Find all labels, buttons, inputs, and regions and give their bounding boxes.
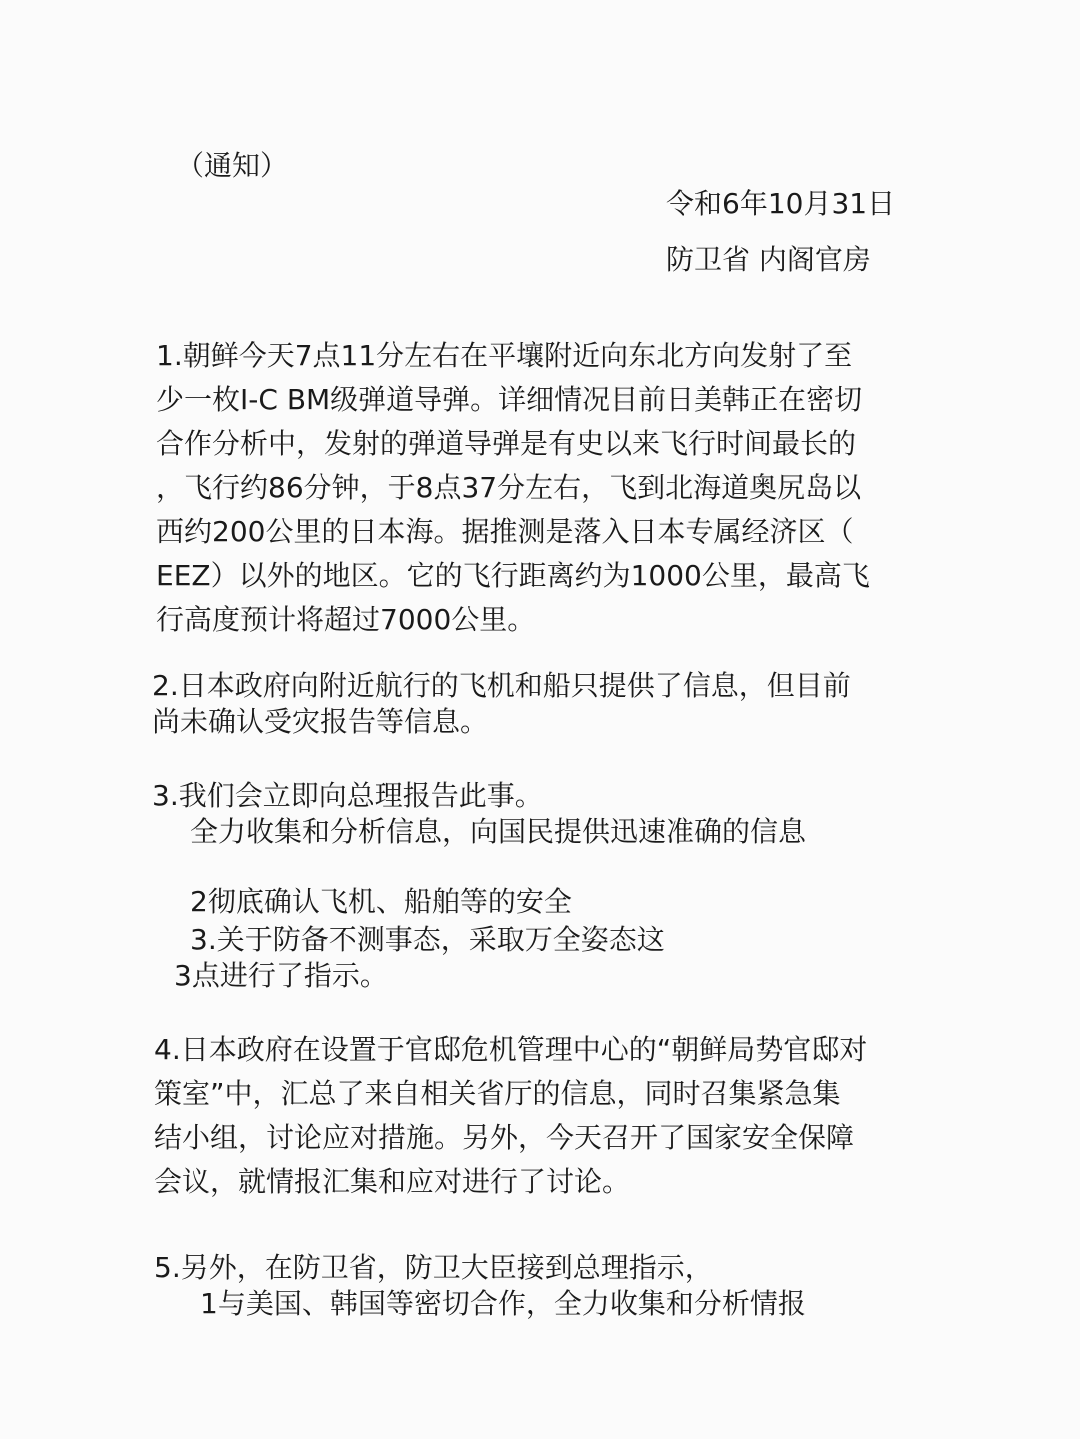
paragraph-line: 合作分析中，发射的弹道导弹是有史以来飞行时间最长的 xyxy=(156,424,856,464)
paragraph-line: 西约200公里的日本海。据推测是落入日本专属经济区（ xyxy=(156,512,853,552)
notice-label: （通知） xyxy=(176,146,288,186)
paragraph-line: 少一枚I-C BM级弹道导弹。详细情况目前日美韩正在密切 xyxy=(156,380,862,420)
paragraph-line: 2彻底确认飞机、船舶等的安全 xyxy=(190,882,572,922)
paragraph-line: 1与美国、韩国等密切合作，全力收集和分析情报 xyxy=(200,1284,806,1324)
paragraph-line: 3.我们会立即向总理报告此事。 xyxy=(152,776,543,816)
notice-issuer: 防卫省 内阁官房 xyxy=(666,240,871,280)
paragraph-line: 会议，就情报汇集和应对进行了讨论。 xyxy=(154,1162,630,1202)
notice-date: 令和6年10月31日 xyxy=(666,184,895,224)
paragraph-line: 1.朝鲜今天7点11分左右在平壤附近向东北方向发射了至 xyxy=(156,336,852,376)
paragraph-line: 2.日本政府向附近航行的飞机和船只提供了信息，但目前 xyxy=(152,666,851,706)
notice-document: （通知） 令和6年10月31日 防卫省 内阁官房 1.朝鲜今天7点11分左右在平… xyxy=(0,0,1080,1439)
paragraph-line: 尚未确认受灾报告等信息。 xyxy=(152,702,488,742)
paragraph-line: 策室”中，汇总了来自相关省厅的信息，同时召集紧急集 xyxy=(154,1074,841,1114)
paragraph-line: 行高度预计将超过7000公里。 xyxy=(156,600,535,640)
paragraph-line: 4.日本政府在设置于官邸危机管理中心的“朝鲜局势官邸对 xyxy=(154,1030,867,1070)
paragraph-line: 结小组，讨论应对措施。另外，今天召开了国家安全保障 xyxy=(154,1118,854,1158)
paragraph-line: 3点进行了指示。 xyxy=(174,956,388,996)
paragraph-line: 3.关于防备不测事态，采取万全姿态这 xyxy=(190,920,665,960)
paragraph-line: ，飞行约86分钟，于8点37分左右，飞到北海道奥尻岛以 xyxy=(156,468,861,508)
paragraph-line: 全力收集和分析信息，向国民提供迅速准确的信息 xyxy=(190,812,806,852)
paragraph-line: EEZ）以外的地区。它的飞行距离约为1000公里，最高飞 xyxy=(156,556,870,596)
paragraph-line: 5.另外，在防卫省，防卫大臣接到总理指示， xyxy=(154,1248,713,1288)
